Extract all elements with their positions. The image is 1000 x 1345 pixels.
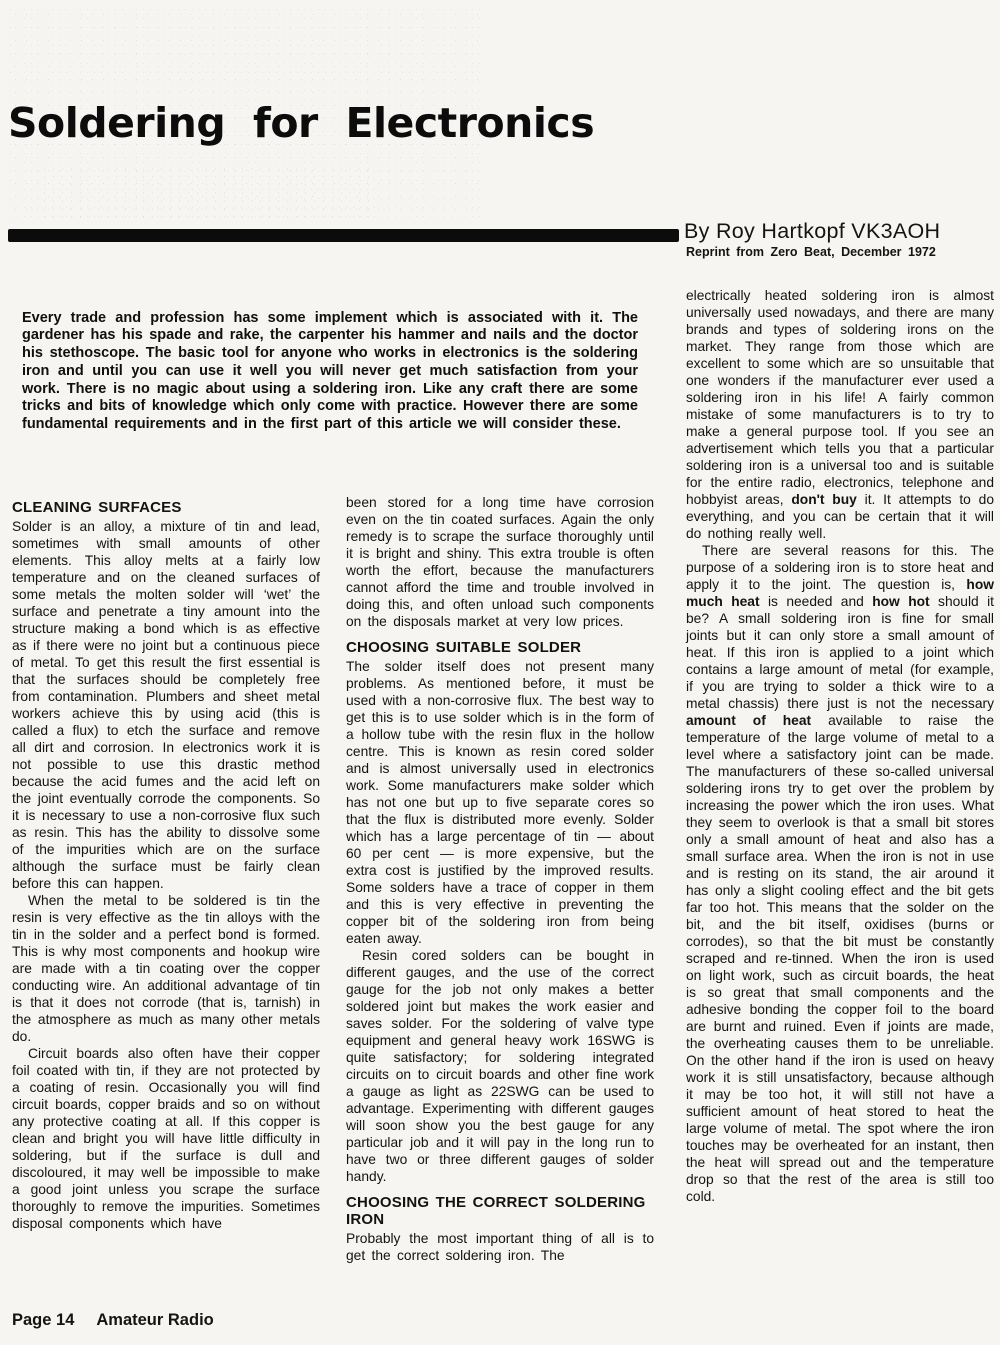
text-run: should it be? A small soldering iron is … [686,594,994,711]
text-run: electrically heated soldering iron is al… [686,288,994,507]
section-heading: CHOOSING THE CORRECT SOLDERING IRON [346,1192,654,1228]
text-run: The solder itself does not present many … [346,659,654,946]
text-run: When the metal to be soldered is tin the… [12,893,320,1044]
body-paragraph: Probably the most important thing of all… [346,1230,654,1264]
scan-noise-texture [40,165,370,220]
body-paragraph: Resin cored solders can be bought in dif… [346,947,654,1185]
body-paragraph: There are several reasons for this. The … [686,542,994,1205]
page-number-label: Page 14 [12,1311,74,1329]
emphasized-text: how hot [872,594,929,609]
section-heading: CHOOSING SUITABLE SOLDER [346,637,654,656]
text-column-1: CLEANING SURFACESSolder is an alloy, a m… [12,497,320,1232]
magazine-page: Soldering for Electronics By Roy Hartkop… [0,0,1000,1345]
body-paragraph: The solder itself does not present many … [346,658,654,947]
section-heading: CLEANING SURFACES [12,497,320,516]
page-footer: Page 14Amateur Radio [12,1311,214,1330]
body-paragraph: When the metal to be soldered is tin the… [12,892,320,1045]
text-run: Probably the most important thing of all… [346,1231,654,1263]
reprint-credit: Reprint from Zero Beat, December 1972 [686,245,936,259]
text-run: There are several reasons for this. The … [686,543,994,592]
byline: By Roy Hartkopf VK3AOH [684,219,940,244]
text-run: been stored for a long time have corrosi… [346,495,654,629]
divider-bar [8,229,679,242]
intro-paragraph: Every trade and profession has some impl… [22,310,638,435]
body-paragraph: been stored for a long time have corrosi… [346,494,654,630]
text-run: Circuit boards also often have their cop… [12,1046,320,1231]
body-paragraph: electrically heated soldering iron is al… [686,287,994,542]
body-paragraph: Circuit boards also often have their cop… [12,1045,320,1232]
text-run: available to raise the temperature of th… [686,713,994,1204]
emphasized-text: don't buy [791,492,857,507]
text-column-2: been stored for a long time have corrosi… [346,494,654,1264]
text-run: Solder is an alloy, a mixture of tin and… [12,519,320,891]
text-run: Resin cored solders can be bought in dif… [346,948,654,1184]
text-column-3: electrically heated soldering iron is al… [686,287,994,1205]
article-title: Soldering for Electronics [8,99,594,147]
body-paragraph: Solder is an alloy, a mixture of tin and… [12,518,320,892]
emphasized-text: amount of heat [686,713,811,728]
text-run: is needed and [760,594,873,609]
magazine-name: Amateur Radio [96,1311,213,1329]
